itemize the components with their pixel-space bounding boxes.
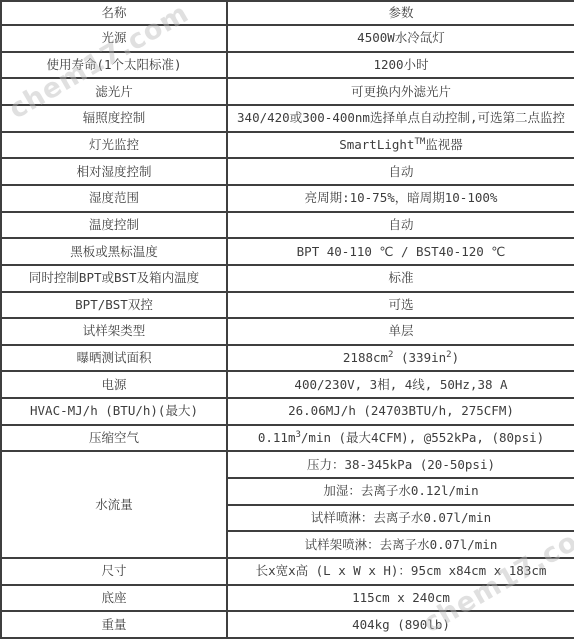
table-row: 黑板或黑标温度BPT 40-110 ℃ / BST40-120 ℃ bbox=[1, 238, 574, 265]
spec-param-cell: SmartLightTM监视器 bbox=[227, 132, 574, 159]
spec-name-cell: 压缩空气 bbox=[1, 425, 227, 452]
table-row: 试样架类型单层 bbox=[1, 318, 574, 345]
spec-name-cell: 温度控制 bbox=[1, 212, 227, 239]
spec-name-cell: 使用寿命(1个太阳标准) bbox=[1, 52, 227, 79]
spec-param-cell: 单层 bbox=[227, 318, 574, 345]
spec-param-cell: 标准 bbox=[227, 265, 574, 292]
header-row: 名称 参数 bbox=[1, 1, 574, 25]
spec-param-cell: 长x宽x高 (L x W x H)：95cm x84cm x 183cm bbox=[227, 558, 574, 585]
spec-name-cell: HVAC-MJ/h (BTU/h)(最大) bbox=[1, 398, 227, 425]
spec-name-cell: 试样架类型 bbox=[1, 318, 227, 345]
spec-table-body: 光源4500W水冷氙灯使用寿命(1个太阳标准)1200小时滤光片可更换内外滤光片… bbox=[1, 25, 574, 638]
table-row: 重量404kg (890lb) bbox=[1, 611, 574, 638]
spec-name-cell: 黑板或黑标温度 bbox=[1, 238, 227, 265]
table-row: 同时控制BPT或BST及箱内温度标准 bbox=[1, 265, 574, 292]
spec-param-cell: 404kg (890lb) bbox=[227, 611, 574, 638]
superscript: 2 bbox=[388, 350, 393, 360]
spec-param-cell: 加湿：去离子水0.12l/min bbox=[227, 478, 574, 505]
spec-param-cell: 自动 bbox=[227, 158, 574, 185]
spec-param-cell: 1200小时 bbox=[227, 52, 574, 79]
header-cell-name: 名称 bbox=[1, 1, 227, 25]
spec-param-cell: 可更换内外滤光片 bbox=[227, 78, 574, 105]
spec-name-cell: 灯光监控 bbox=[1, 132, 227, 159]
spec-param-cell: 压力：38-345kPa (20-50psi) bbox=[227, 451, 574, 478]
table-row: 压缩空气0.11m3/min (最大4CFM), @552kPa, (80psi… bbox=[1, 425, 574, 452]
table-row: 水流量压力：38-345kPa (20-50psi) bbox=[1, 451, 574, 478]
superscript: 3 bbox=[295, 430, 300, 440]
spec-name-cell: 滤光片 bbox=[1, 78, 227, 105]
spec-param-cell: 自动 bbox=[227, 212, 574, 239]
spec-param-cell: 试样喷淋：去离子水0.07l/min bbox=[227, 505, 574, 532]
spec-name-cell: BPT/BST双控 bbox=[1, 292, 227, 319]
spec-name-cell: 重量 bbox=[1, 611, 227, 638]
table-row: 辐照度控制340/420或300-400nm选择单点自动控制,可选第二点监控 bbox=[1, 105, 574, 132]
table-row: HVAC-MJ/h (BTU/h)(最大)26.06MJ/h (24703BTU… bbox=[1, 398, 574, 425]
table-row: 相对湿度控制自动 bbox=[1, 158, 574, 185]
table-row: 使用寿命(1个太阳标准)1200小时 bbox=[1, 52, 574, 79]
table-row: 尺寸长x宽x高 (L x W x H)：95cm x84cm x 183cm bbox=[1, 558, 574, 585]
spec-param-cell: 亮周期:10-75%，暗周期10-100% bbox=[227, 185, 574, 212]
spec-param-cell: 试样架喷淋：去离子水0.07l/min bbox=[227, 531, 574, 558]
spec-param-cell: 4500W水冷氙灯 bbox=[227, 25, 574, 52]
table-row: 曝晒测试面积2188cm2 (339in2) bbox=[1, 345, 574, 372]
spec-param-cell: 可选 bbox=[227, 292, 574, 319]
table-row: 电源400/230V, 3相, 4线, 50Hz,38 A bbox=[1, 371, 574, 398]
spec-table: 名称 参数 光源4500W水冷氙灯使用寿命(1个太阳标准)1200小时滤光片可更… bbox=[0, 0, 574, 639]
table-row: 光源4500W水冷氙灯 bbox=[1, 25, 574, 52]
spec-name-cell: 尺寸 bbox=[1, 558, 227, 585]
spec-name-cell: 同时控制BPT或BST及箱内温度 bbox=[1, 265, 227, 292]
table-row: 灯光监控SmartLightTM监视器 bbox=[1, 132, 574, 159]
spec-param-cell: 400/230V, 3相, 4线, 50Hz,38 A bbox=[227, 371, 574, 398]
spec-param-cell: 0.11m3/min (最大4CFM), @552kPa, (80psi) bbox=[227, 425, 574, 452]
superscript: 2 bbox=[446, 350, 451, 360]
spec-param-cell: BPT 40-110 ℃ / BST40-120 ℃ bbox=[227, 238, 574, 265]
spec-name-cell: 光源 bbox=[1, 25, 227, 52]
spec-param-cell: 26.06MJ/h (24703BTU/h, 275CFM) bbox=[227, 398, 574, 425]
spec-name-cell: 相对湿度控制 bbox=[1, 158, 227, 185]
table-row: BPT/BST双控可选 bbox=[1, 292, 574, 319]
spec-name-cell: 水流量 bbox=[1, 451, 227, 558]
table-row: 温度控制自动 bbox=[1, 212, 574, 239]
table-row: 滤光片可更换内外滤光片 bbox=[1, 78, 574, 105]
table-row: 湿度范围亮周期:10-75%，暗周期10-100% bbox=[1, 185, 574, 212]
table-row: 底座115cm x 240cm bbox=[1, 585, 574, 612]
spec-param-cell: 2188cm2 (339in2) bbox=[227, 345, 574, 372]
header-cell-param: 参数 bbox=[227, 1, 574, 25]
spec-name-cell: 湿度范围 bbox=[1, 185, 227, 212]
spec-name-cell: 电源 bbox=[1, 371, 227, 398]
spec-name-cell: 底座 bbox=[1, 585, 227, 612]
spec-param-cell: 115cm x 240cm bbox=[227, 585, 574, 612]
spec-name-cell: 辐照度控制 bbox=[1, 105, 227, 132]
spec-name-cell: 曝晒测试面积 bbox=[1, 345, 227, 372]
spec-param-cell: 340/420或300-400nm选择单点自动控制,可选第二点监控 bbox=[227, 105, 574, 132]
superscript: TM bbox=[414, 137, 425, 147]
